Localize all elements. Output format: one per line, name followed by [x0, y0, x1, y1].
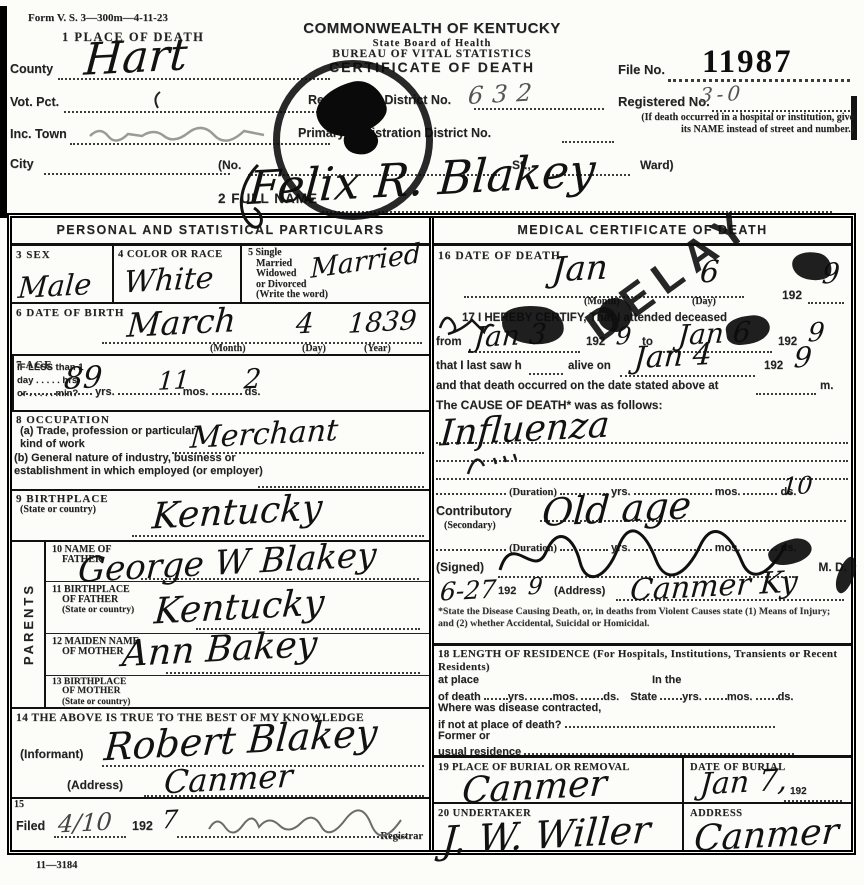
death-certificate-document: Form V. S. 3—300m—4-11-23 1 PLACE OF DEA… — [0, 0, 864, 885]
undertaker-row: 20 UNDERTAKER J. W. Willer ADDRESS Canme… — [434, 804, 851, 850]
commonwealth-title: COMMONWEALTH OF KENTUCKY — [287, 20, 577, 37]
informant-section: 14 THE ABOVE IS TRUE TO THE BEST OF MY K… — [12, 709, 429, 799]
burial-192-print: 192 — [790, 786, 807, 797]
duration-write-line — [436, 482, 506, 495]
informant-address-handwriting: Canmer — [163, 760, 294, 799]
burial-date-handwriting: Jan 7, — [699, 766, 788, 801]
residence-section: 18 LENGTH OF RESIDENCE (For Hospitals, I… — [434, 646, 851, 758]
father-birthplace-row: 11 BIRTHPLACE OF FATHER (State or countr… — [46, 582, 429, 634]
residence-write-line — [581, 687, 603, 700]
age-days-handwriting: 2 — [243, 365, 262, 393]
residence-write-line — [530, 687, 552, 700]
lastsaw-192-print: 192 — [764, 360, 783, 372]
county-handwriting: Hart — [83, 33, 189, 83]
contributory-handwriting: Old age — [541, 486, 693, 532]
form-number: Form V. S. 3—300m—4-11-23 — [28, 12, 168, 24]
month-caption: (Month) — [210, 343, 246, 354]
mother-birthplace-sub: (State or country) — [62, 696, 130, 706]
inc-town-faint-scribble — [88, 124, 278, 144]
registered-no-handwriting: 3-0 — [699, 83, 745, 105]
signed-address-handwriting: Canmer Ky — [629, 568, 799, 607]
in-the-label: In the — [652, 674, 681, 686]
filed-date-handwriting: 4/10 — [57, 810, 113, 837]
occupation-b-label: (b) General nature of industry, business… — [14, 452, 282, 478]
filed-year-handwriting: 7 — [161, 807, 179, 833]
parents-vertical-label: PARENTS — [21, 583, 36, 665]
father-birthplace-sub: (State or country) — [62, 605, 134, 615]
res-yrs-unit: yrs. — [508, 691, 528, 703]
contributory-label: Contributory — [436, 504, 512, 518]
undertaker-handwriting: J. W. Willer — [441, 810, 652, 859]
burial-place-cell: 19 PLACE OF BURIAL OR REMOVAL Canmer — [434, 758, 684, 802]
print-code: 11—3184 — [36, 860, 77, 871]
last-saw-pre: that I last saw h — [436, 360, 522, 372]
burial-row: 19 PLACE OF BURIAL OR REMOVAL Canmer DAT… — [434, 758, 851, 804]
dod-month-handwriting: Jan — [551, 250, 609, 287]
day-caption: (Day) — [302, 343, 326, 354]
filed-row: 15 Filed 4/10 192 7 Registrar — [12, 799, 429, 850]
file-no-stamp: 11987 — [702, 44, 793, 81]
duration-mos-unit: mos. — [715, 486, 741, 498]
dod-day-caption: (Day) — [692, 296, 716, 307]
dob-month-handwriting: March — [126, 303, 237, 342]
signed-address-label: (Address) — [554, 585, 605, 597]
occurred-blank — [756, 382, 816, 395]
if-not-label: if not at place of death? — [438, 719, 561, 731]
ward-label: Ward) — [640, 158, 674, 172]
res-state-yrs-unit: yrs. — [682, 691, 702, 703]
signed-192-print: 192 — [498, 585, 516, 597]
residence-write-line — [705, 687, 727, 700]
informant-address-label: (Address) — [67, 778, 123, 792]
vot-pct-label: Vot. Pct. — [10, 95, 59, 109]
mother-birthplace-row: 13 BIRTHPLACE OF MOTHER (State or countr… — [46, 676, 429, 707]
occurred-statement: and that death occurred on the date stat… — [436, 380, 718, 392]
race-cell: 4 COLOR OR RACE White — [114, 246, 242, 302]
hospital-note: (If death occurred in a hospital or inst… — [640, 112, 854, 135]
county-label: County — [10, 62, 53, 76]
personal-particulars-column: PERSONAL AND STATISTICAL PARTICULARS 3 S… — [12, 218, 434, 850]
state-label: State — [630, 691, 657, 703]
registered-no-label: Registered No. — [618, 94, 710, 109]
file-no-label: File No. — [618, 62, 665, 77]
if-not-write-line — [565, 715, 775, 728]
occupation-a-handwriting: Merchant — [189, 416, 339, 454]
res-state-ds-unit: ds. — [778, 691, 794, 703]
informant-label: (Informant) — [20, 747, 83, 761]
parents-block: PARENTS 10 NAME OF FATHER George W Blake… — [12, 542, 429, 709]
occupation-a-label: (a) Trade, profession or particular kind… — [20, 425, 198, 451]
undertaker-address-handwriting: Canmer — [693, 814, 840, 858]
age-write-line — [212, 382, 242, 395]
cause-handwriting: Influenza — [439, 407, 611, 452]
age-row: 7 AGE yrs. mos. ds. 89 11 2 IF LESS than… — [12, 356, 429, 412]
burial-place-handwriting: Canmer — [461, 766, 608, 810]
res-mos-unit: mos. — [552, 691, 578, 703]
signed-date-address-row: 6-27 192 9 (Address) Canmer Ky — [434, 580, 851, 604]
where-contracted-label: Where was disease contracted, — [438, 701, 847, 715]
date-of-birth-row: 6 DATE OF BIRTH (Month) (Day) (Year) Mar… — [12, 304, 429, 356]
res-ds-unit: ds. — [603, 691, 619, 703]
sex-label: 3 SEX — [16, 249, 51, 261]
birthplace-sub-label: (State or country) — [20, 504, 96, 515]
race-handwriting: White — [123, 264, 215, 299]
father-name-row: 10 NAME OF FATHER George W Blakey — [46, 542, 429, 582]
sex-race-marital-row: 3 SEX Male 4 COLOR OR RACE White 5 Singl… — [12, 246, 429, 304]
undertaker-address-cell: ADDRESS Canmer — [684, 804, 851, 850]
father-birthplace-label2: OF FATHER — [62, 595, 118, 605]
usual-residence-label: usual residence — [438, 746, 521, 758]
filed-192-print: 192 — [132, 819, 153, 833]
mother-name-handwriting: Ann Bakey — [121, 627, 318, 673]
certificate-table: PERSONAL AND STATISTICAL PARTICULARS 3 S… — [7, 213, 856, 855]
registrar-signature — [207, 811, 407, 837]
race-label: 4 COLOR OR RACE — [118, 249, 223, 260]
duration-days-handwriting: 10 — [781, 473, 813, 499]
filed-number: 15 — [14, 799, 24, 810]
birthplace-row: 9 BIRTHPLACE (State or country) Kentucky — [12, 491, 429, 542]
personal-title: PERSONAL AND STATISTICAL PARTICULARS — [12, 218, 429, 246]
last-saw-date-handwriting: Jan 4 — [633, 340, 713, 374]
inc-town-label: Inc. Town — [10, 127, 67, 141]
father-name-handwriting: George W Blakey — [77, 538, 377, 588]
birthplace-handwriting: Kentucky — [151, 490, 324, 535]
residence-label: 18 LENGTH OF RESIDENCE (For Hospitals, I… — [438, 648, 847, 674]
city-label: City — [10, 157, 34, 171]
filed-label: Filed — [16, 819, 45, 833]
at-place-label: at place — [438, 674, 479, 686]
dod-label: 16 DATE OF DEATH — [438, 250, 561, 262]
residence-write-line — [484, 687, 508, 700]
dod-year-write-line — [808, 300, 844, 304]
signed-date-handwriting: 6-27 — [439, 576, 497, 604]
age-months-handwriting: 11 — [157, 367, 191, 394]
former-label: Former or — [438, 730, 847, 742]
secondary-label: (Secondary) — [444, 520, 496, 531]
of-death-label: of death — [438, 691, 481, 703]
occupation-row: 8 OCCUPATION (a) Trade, profession or pa… — [12, 412, 429, 491]
burial-date-write-line — [784, 798, 842, 802]
circular-seal-stamp — [273, 60, 433, 220]
res-state-mos-unit: mos. — [727, 691, 753, 703]
burial-date-cell: DATE OF BURIAL Jan 7, 192 — [684, 758, 851, 802]
sex-cell: 3 SEX Male — [12, 246, 114, 302]
duration-write-line — [743, 482, 777, 495]
medical-title: MEDICAL CERTIFICATE OF DEATH — [434, 218, 851, 246]
scan-edge-left — [0, 6, 7, 218]
marital-label-line: (Write the word) — [256, 290, 429, 301]
mother-name-label2: OF MOTHER — [62, 647, 124, 657]
mother-name-row: 12 MAIDEN NAME OF MOTHER Ann Bakey — [46, 634, 429, 676]
marital-cell: 5 Single Married Widowed or Divorced (Wr… — [242, 246, 429, 302]
dob-label: 6 DATE OF BIRTH — [16, 307, 124, 319]
dob-year-handwriting: 1839 — [347, 307, 418, 338]
occurred-m-label: m. — [820, 380, 833, 392]
footnote-text: *State the Disease Causing Death, or, in… — [438, 606, 847, 630]
signed-year-handwriting: 9 — [527, 576, 543, 600]
usual-residence-write-line — [524, 742, 794, 755]
age-years-handwriting: 89 — [63, 363, 103, 395]
registration-district-handwriting: 632 — [467, 80, 541, 108]
occupation-b-write-line — [258, 484, 424, 488]
city-write-line — [44, 171, 230, 175]
cause-footnote: *State the Disease Causing Death, or, in… — [434, 604, 851, 646]
last-saw-year-handwriting: 9 — [793, 343, 813, 372]
dod-192-print: 192 — [782, 288, 802, 302]
sex-handwriting: Male — [17, 270, 92, 303]
cause-of-death-section: The CAUSE OF DEATH* was as follows: Infl… — [434, 396, 851, 480]
last-saw-post: alive on — [568, 360, 611, 372]
residence-write-line — [660, 687, 682, 700]
signed-label: (Signed) — [436, 560, 484, 574]
year-caption: (Year) — [364, 343, 391, 354]
residence-write-line — [756, 687, 778, 700]
dob-day-handwriting: 4 — [295, 309, 315, 338]
from-label: from — [436, 336, 462, 348]
contributory-row: Contributory (Secondary) Old age — [434, 498, 851, 534]
parents-band: PARENTS — [12, 542, 46, 707]
last-saw-blank — [529, 362, 563, 375]
vot-pct-stray-mark — [148, 90, 168, 110]
